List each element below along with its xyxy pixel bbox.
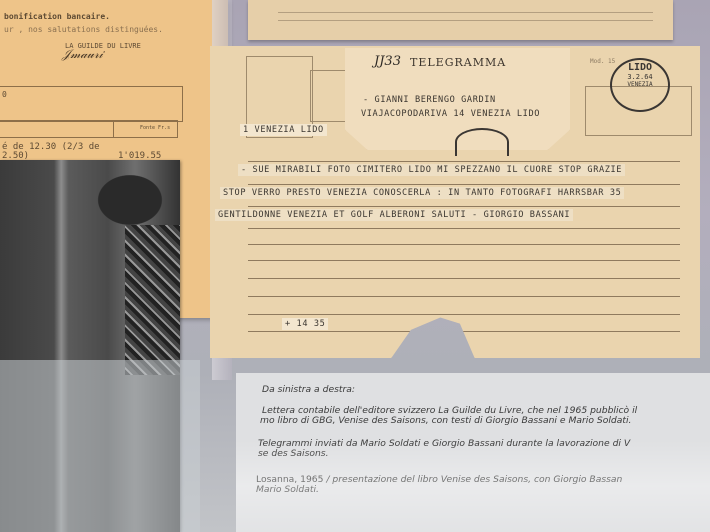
- handwritten-signature: 𝒥𝓂𝒶𝓊𝓇𝒾: [62, 47, 103, 62]
- stamp-date: 3.2.64: [612, 73, 668, 81]
- photo-patterned-dress: [125, 225, 180, 375]
- ruled-line: [248, 260, 680, 261]
- caption-heading: Da sinistra a destra:: [262, 384, 355, 395]
- partial-telegram-top: [248, 0, 673, 40]
- letter-cell: 0: [2, 90, 7, 99]
- stamp-city: VENEZIA: [612, 81, 668, 88]
- telegram-recipient-address: VIAJACOPODARIVA 14 VENEZIA LIDO: [358, 108, 543, 120]
- ruled-line: [248, 331, 680, 332]
- ruled-line: [278, 12, 653, 13]
- telegram-footer: + 14 35: [282, 318, 328, 330]
- ruled-line: [248, 314, 680, 315]
- ruled-line: [248, 244, 680, 245]
- glass-reflection: [0, 360, 200, 532]
- handwritten-number: JJ33: [374, 54, 401, 69]
- ruled-line: [278, 20, 653, 21]
- postmark-stamp: LIDO 3.2.64 VENEZIA: [610, 58, 670, 112]
- telegram-origin: 1 VENEZIA LIDO: [240, 124, 327, 136]
- telegram-recipient-name: - GIANNI BERENGO GARDIN: [360, 94, 499, 106]
- ruled-line: [248, 184, 680, 185]
- ruled-line: [248, 278, 680, 279]
- ruled-line: [248, 296, 680, 297]
- telegram-message-line: - SUE MIRABILI FOTO CIMITERO LIDO MI SPE…: [238, 164, 625, 176]
- letter-line: ur , nos salutations distinguées.: [4, 25, 163, 34]
- stamp-text: LIDO: [612, 62, 668, 73]
- ruled-line: [248, 161, 680, 162]
- ruled-line: [248, 228, 680, 229]
- telegram-message-line: STOP VERRO PRESTO VENEZIA CONOSCERLA : I…: [220, 187, 624, 199]
- letter-column-label: Fonte Fr.s: [140, 125, 170, 131]
- partial-postmark: [455, 128, 509, 156]
- telegram-message-line: GENTILDONNE VENEZIA ET GOLF ALBERONI SAL…: [215, 209, 573, 221]
- caption-text: mo libro di GBG, Venise des Saisons, con…: [260, 415, 631, 426]
- letter-table-upper: [0, 86, 183, 122]
- form-box: [310, 70, 347, 122]
- telegram-title: TELEGRAMMA: [410, 56, 506, 69]
- glass-glare: [236, 440, 710, 532]
- ruled-line: [248, 206, 680, 207]
- letter-line: bonification bancaire.: [4, 12, 110, 21]
